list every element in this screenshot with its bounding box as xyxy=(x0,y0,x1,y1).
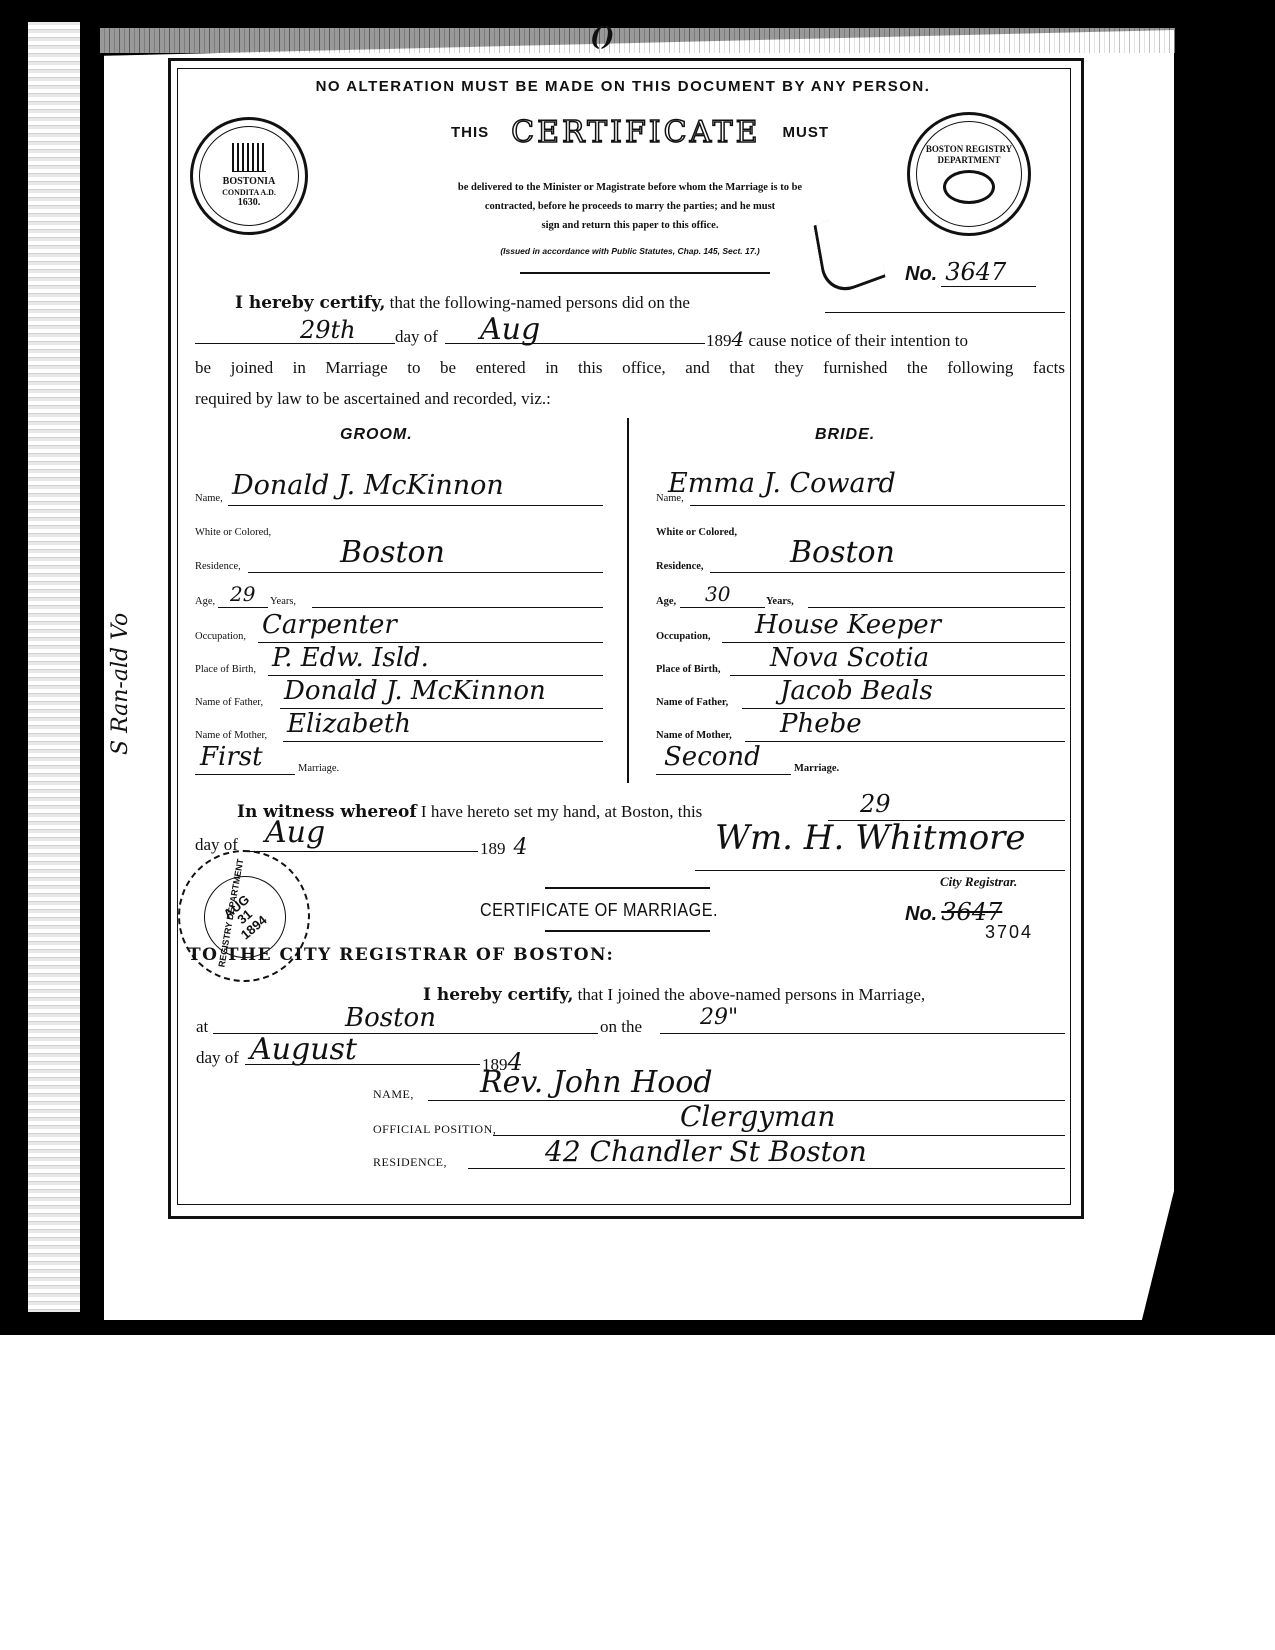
bride-age-value: 30 xyxy=(705,582,730,606)
intention-text-2: cause notice of their intention to xyxy=(748,331,968,350)
scan-edge-strip xyxy=(28,22,80,1312)
intention-text-1: that the following-named persons did on … xyxy=(390,293,690,312)
bride-father-value: Jacob Beals xyxy=(780,676,933,706)
paper-top-edge xyxy=(100,28,1175,53)
intention-year: 1894 cause notice of their intention to xyxy=(706,327,968,351)
marriage-month-value: August xyxy=(250,1032,357,1067)
certify-text: that I joined the above-named persons in… xyxy=(578,985,925,1004)
blank-line xyxy=(195,343,395,344)
groom-occupation-label: Occupation, xyxy=(195,631,246,642)
registrar-title: City Registrar. xyxy=(940,874,1017,890)
document-number: No. 3647 xyxy=(905,258,1036,286)
groom-birthplace-label: Place of Birth, xyxy=(195,664,256,675)
bride-race-label: White or Colored, xyxy=(656,527,737,538)
groom-heading: GROOM. xyxy=(340,426,413,444)
intention-month-value: Aug xyxy=(480,312,540,347)
official-position-label: OFFICIAL POSITION, xyxy=(373,1122,496,1137)
marriage-day-value: 29" xyxy=(700,1005,738,1030)
certificate-of-marriage-title: CERTIFICATE OF MARRIAGE. xyxy=(480,900,718,921)
alteration-warning: NO ALTERATION MUST BE MADE ON THIS DOCUM… xyxy=(177,78,1069,95)
groom-residence-label: Residence, xyxy=(195,561,241,572)
year-value: 4 xyxy=(514,835,528,860)
hereby-certify-gothic: I hereby certify, xyxy=(235,293,385,313)
bride-residence-value: Boston xyxy=(790,535,895,570)
witness-year: 1894 xyxy=(480,835,528,860)
bride-marriage-value: Second xyxy=(664,742,761,772)
bride-age-label: Age, xyxy=(656,596,676,607)
registry-department-seal: BOSTON REGISTRY DEPARTMENT xyxy=(907,112,1031,236)
bride-residence-label: Residence, xyxy=(656,561,704,572)
officiant-name-value: Rev. John Hood xyxy=(480,1065,713,1100)
title-suffix: MUST xyxy=(783,124,830,141)
groom-race-label: White or Colored, xyxy=(195,527,271,538)
officiant-residence-value: 42 Chandler St Boston xyxy=(545,1135,867,1168)
addressee-heading: TO THE CITY REGISTRAR OF BOSTON: xyxy=(188,945,614,965)
divider-rule xyxy=(520,272,770,274)
bride-father-label: Name of Father, xyxy=(656,697,728,708)
witness-month-value: Aug xyxy=(265,815,325,850)
year-prefix: 189 xyxy=(706,331,732,350)
official-position-value: Clergyman xyxy=(680,1100,835,1133)
intention-text-4: required by law to be ascertained and re… xyxy=(195,389,551,409)
bride-years-label: Years, xyxy=(766,596,794,607)
marriage-place-value: Boston xyxy=(345,1003,436,1033)
intention-text-3: be joined in Marriage to be entered in t… xyxy=(195,358,1065,378)
bride-name-value: Emma J. Coward xyxy=(668,468,896,499)
bride-birthplace-value: Nova Scotia xyxy=(770,643,929,673)
at-label: at xyxy=(196,1017,208,1037)
groom-years-label: Years, xyxy=(270,596,296,607)
statute-reference: (Issued in accordance with Public Statut… xyxy=(430,246,830,256)
intention-day-value: 29th xyxy=(300,316,356,344)
certificate-heading: THIS CERTIFICATE MUST xyxy=(400,115,880,150)
groom-mother-label: Name of Mother, xyxy=(195,730,267,741)
groom-occupation-value: Carpenter xyxy=(262,610,397,640)
year-value: 4 xyxy=(732,327,745,351)
blank-line xyxy=(825,312,1065,313)
groom-father-label: Name of Father, xyxy=(195,697,263,708)
instruction-line: be delivered to the Minister or Magistra… xyxy=(360,178,900,197)
registrar-signature: Wm. H. Whitmore xyxy=(715,818,1026,858)
bride-heading: BRIDE. xyxy=(815,426,875,444)
witness-day-value: 29 xyxy=(860,790,891,818)
divider-rule xyxy=(545,887,710,889)
year-prefix: 189 xyxy=(480,839,506,858)
bride-birthplace-label: Place of Birth, xyxy=(656,664,720,675)
groom-birthplace-value: P. Edw. Isld. xyxy=(272,643,429,673)
divider-rule xyxy=(545,930,710,932)
groom-age-label: Age, xyxy=(195,596,215,607)
bride-marriage-label: Marriage. xyxy=(794,763,839,774)
number-value: 3647 xyxy=(941,258,1036,287)
groom-marriage-label: Marriage. xyxy=(298,763,339,774)
day-of-label: day of xyxy=(395,327,438,347)
groom-age-value: 29 xyxy=(230,582,255,606)
cert-number-label: No. xyxy=(905,903,937,925)
bride-occupation-label: Occupation, xyxy=(656,631,711,642)
marriage-day-of-label: day of xyxy=(196,1048,239,1068)
groom-name-value: Donald J. McKinnon xyxy=(232,470,504,501)
officiant-residence-label: RESIDENCE, xyxy=(373,1155,447,1170)
officiant-name-label: NAME, xyxy=(373,1087,414,1102)
bride-mother-value: Phebe xyxy=(780,709,862,739)
bride-mother-label: Name of Mother, xyxy=(656,730,732,741)
cert-number-value: 3704 xyxy=(985,922,1033,943)
bride-occupation-value: House Keeper xyxy=(755,610,941,640)
title-main: CERTIFICATE xyxy=(511,115,760,150)
groom-mother-value: Elizabeth xyxy=(287,709,411,739)
groom-residence-value: Boston xyxy=(340,535,445,570)
on-the-label: on the xyxy=(600,1017,642,1037)
witness-gothic: In witness whereof xyxy=(237,802,417,822)
column-divider xyxy=(627,418,629,783)
number-label: No. xyxy=(905,263,937,285)
groom-name-label: Name, xyxy=(195,493,223,504)
margin-annotation: S Ran-ald Vo xyxy=(108,613,133,755)
certify-gothic: I hereby certify, xyxy=(423,985,573,1005)
instruction-line: contracted, before he proceeds to marry … xyxy=(360,197,900,216)
groom-marriage-value: First xyxy=(200,742,263,772)
title-prefix: THIS xyxy=(451,124,489,141)
officiant-certify-line: I hereby certify, that I joined the abov… xyxy=(423,985,925,1005)
boston-city-seal: BOSTONIA CONDITA A.D. 1630. xyxy=(190,117,308,235)
groom-father-value: Donald J. McKinnon xyxy=(284,676,546,706)
witness-text: I have hereto set my hand, at Boston, th… xyxy=(421,802,702,821)
top-mark: () xyxy=(590,22,615,52)
intention-line-1: I hereby certify, that the following-nam… xyxy=(235,293,690,313)
